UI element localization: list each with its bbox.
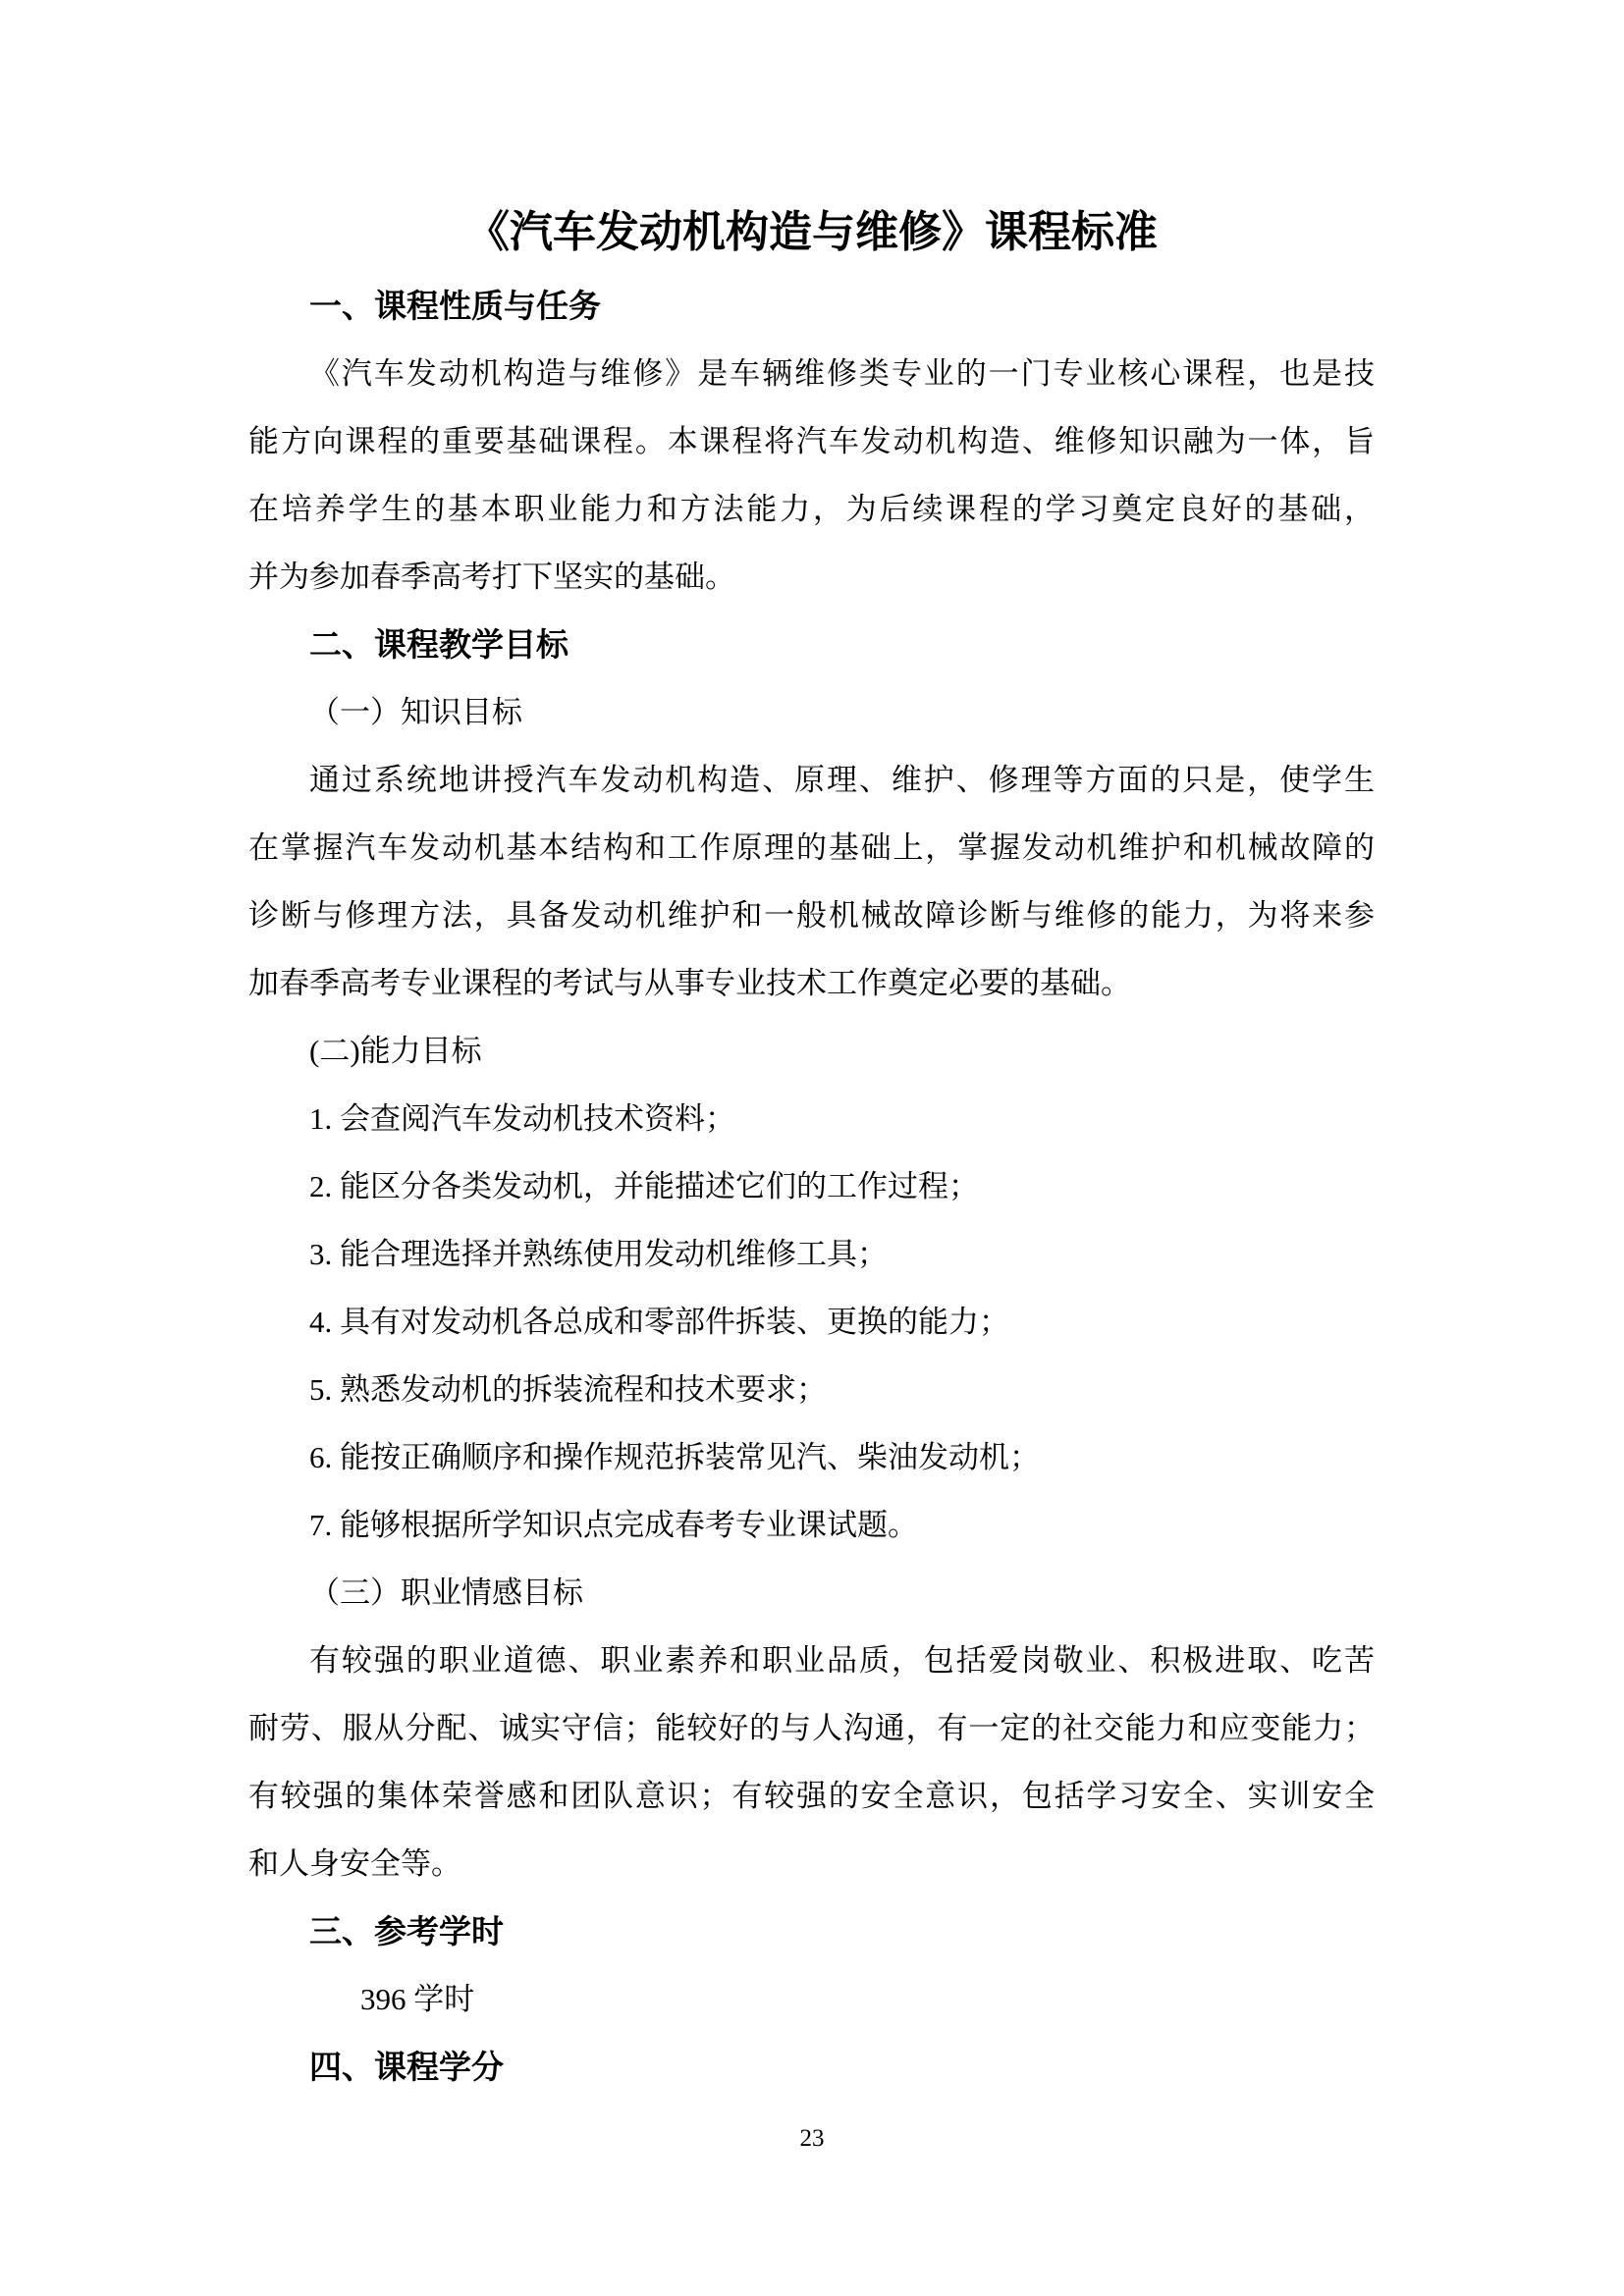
study-hours-value: 396 学时 [248, 1965, 1375, 2033]
ability-goals-item-1: 1. 会查阅汽车发动机技术资料； [248, 1085, 1375, 1152]
section-1-paragraph-line-3: 在培养学生的基本职业能力和方法能力，为后续课程的学习奠定良好的基础， [248, 475, 1375, 543]
document-page: 《汽车发动机构造与维修》课程标准 一、课程性质与任务 《汽车发动机构造与维修》是… [0, 0, 1624, 2296]
section-4-heading: 四、课程学分 [248, 2033, 1375, 2101]
emotion-goals-line-2: 耐劳、服从分配、诚实守信；能较好的与人沟通，有一定的社交能力和应变能力； [248, 1694, 1375, 1762]
document-title: 《汽车发动机构造与维修》课程标准 [0, 206, 1624, 259]
knowledge-goals-line-1: 通过系统地讲授汽车发动机构造、原理、维护、修理等方面的只是，使学生 [248, 746, 1375, 814]
emotion-goals-heading: （三）职业情感目标 [248, 1559, 1375, 1627]
document-body: 一、课程性质与任务 《汽车发动机构造与维修》是车辆维修类专业的一门专业核心课程，… [248, 272, 1375, 2101]
emotion-goals-line-1: 有较强的职业道德、职业素养和职业品质，包括爱岗敬业、积极进取、吃苦 [248, 1627, 1375, 1694]
page-number: 23 [0, 2118, 1624, 2160]
ability-goals-item-7: 7. 能够根据所学知识点完成春考专业课试题。 [248, 1491, 1375, 1559]
section-1-paragraph-line-1: 《汽车发动机构造与维修》是车辆维修类专业的一门专业核心课程，也是技 [248, 340, 1375, 407]
knowledge-goals-heading: （一）知识目标 [248, 678, 1375, 746]
emotion-goals-line-3: 有较强的集体荣誉感和团队意识；有较强的安全意识，包括学习安全、实训安全 [248, 1762, 1375, 1830]
section-1-paragraph-line-2: 能方向课程的重要基础课程。本课程将汽车发动机构造、维修知识融为一体，旨 [248, 407, 1375, 475]
ability-goals-item-2: 2. 能区分各类发动机，并能描述它们的工作过程； [248, 1152, 1375, 1220]
ability-goals-item-4: 4. 具有对发动机各总成和零部件拆装、更换的能力； [248, 1288, 1375, 1356]
ability-goals-heading: (二)能力目标 [248, 1017, 1375, 1085]
section-1-paragraph-line-4: 并为参加春季高考打下坚实的基础。 [248, 543, 1375, 611]
ability-goals-item-5: 5. 熟悉发动机的拆装流程和技术要求； [248, 1356, 1375, 1423]
knowledge-goals-line-2: 在掌握汽车发动机基本结构和工作原理的基础上，掌握发动机维护和机械故障的 [248, 814, 1375, 881]
emotion-goals-line-4: 和人身安全等。 [248, 1830, 1375, 1897]
section-3-heading: 三、参考学时 [248, 1897, 1375, 1965]
knowledge-goals-line-3: 诊断与修理方法，具备发动机维护和一般机械故障诊断与维修的能力，为将来参 [248, 881, 1375, 949]
section-2-heading: 二、课程教学目标 [248, 611, 1375, 678]
section-1-heading: 一、课程性质与任务 [248, 272, 1375, 340]
knowledge-goals-line-4: 加春季高考专业课程的考试与从事专业技术工作奠定必要的基础。 [248, 949, 1375, 1017]
ability-goals-item-6: 6. 能按正确顺序和操作规范拆装常见汽、柴油发动机； [248, 1423, 1375, 1491]
ability-goals-item-3: 3. 能合理选择并熟练使用发动机维修工具； [248, 1220, 1375, 1288]
